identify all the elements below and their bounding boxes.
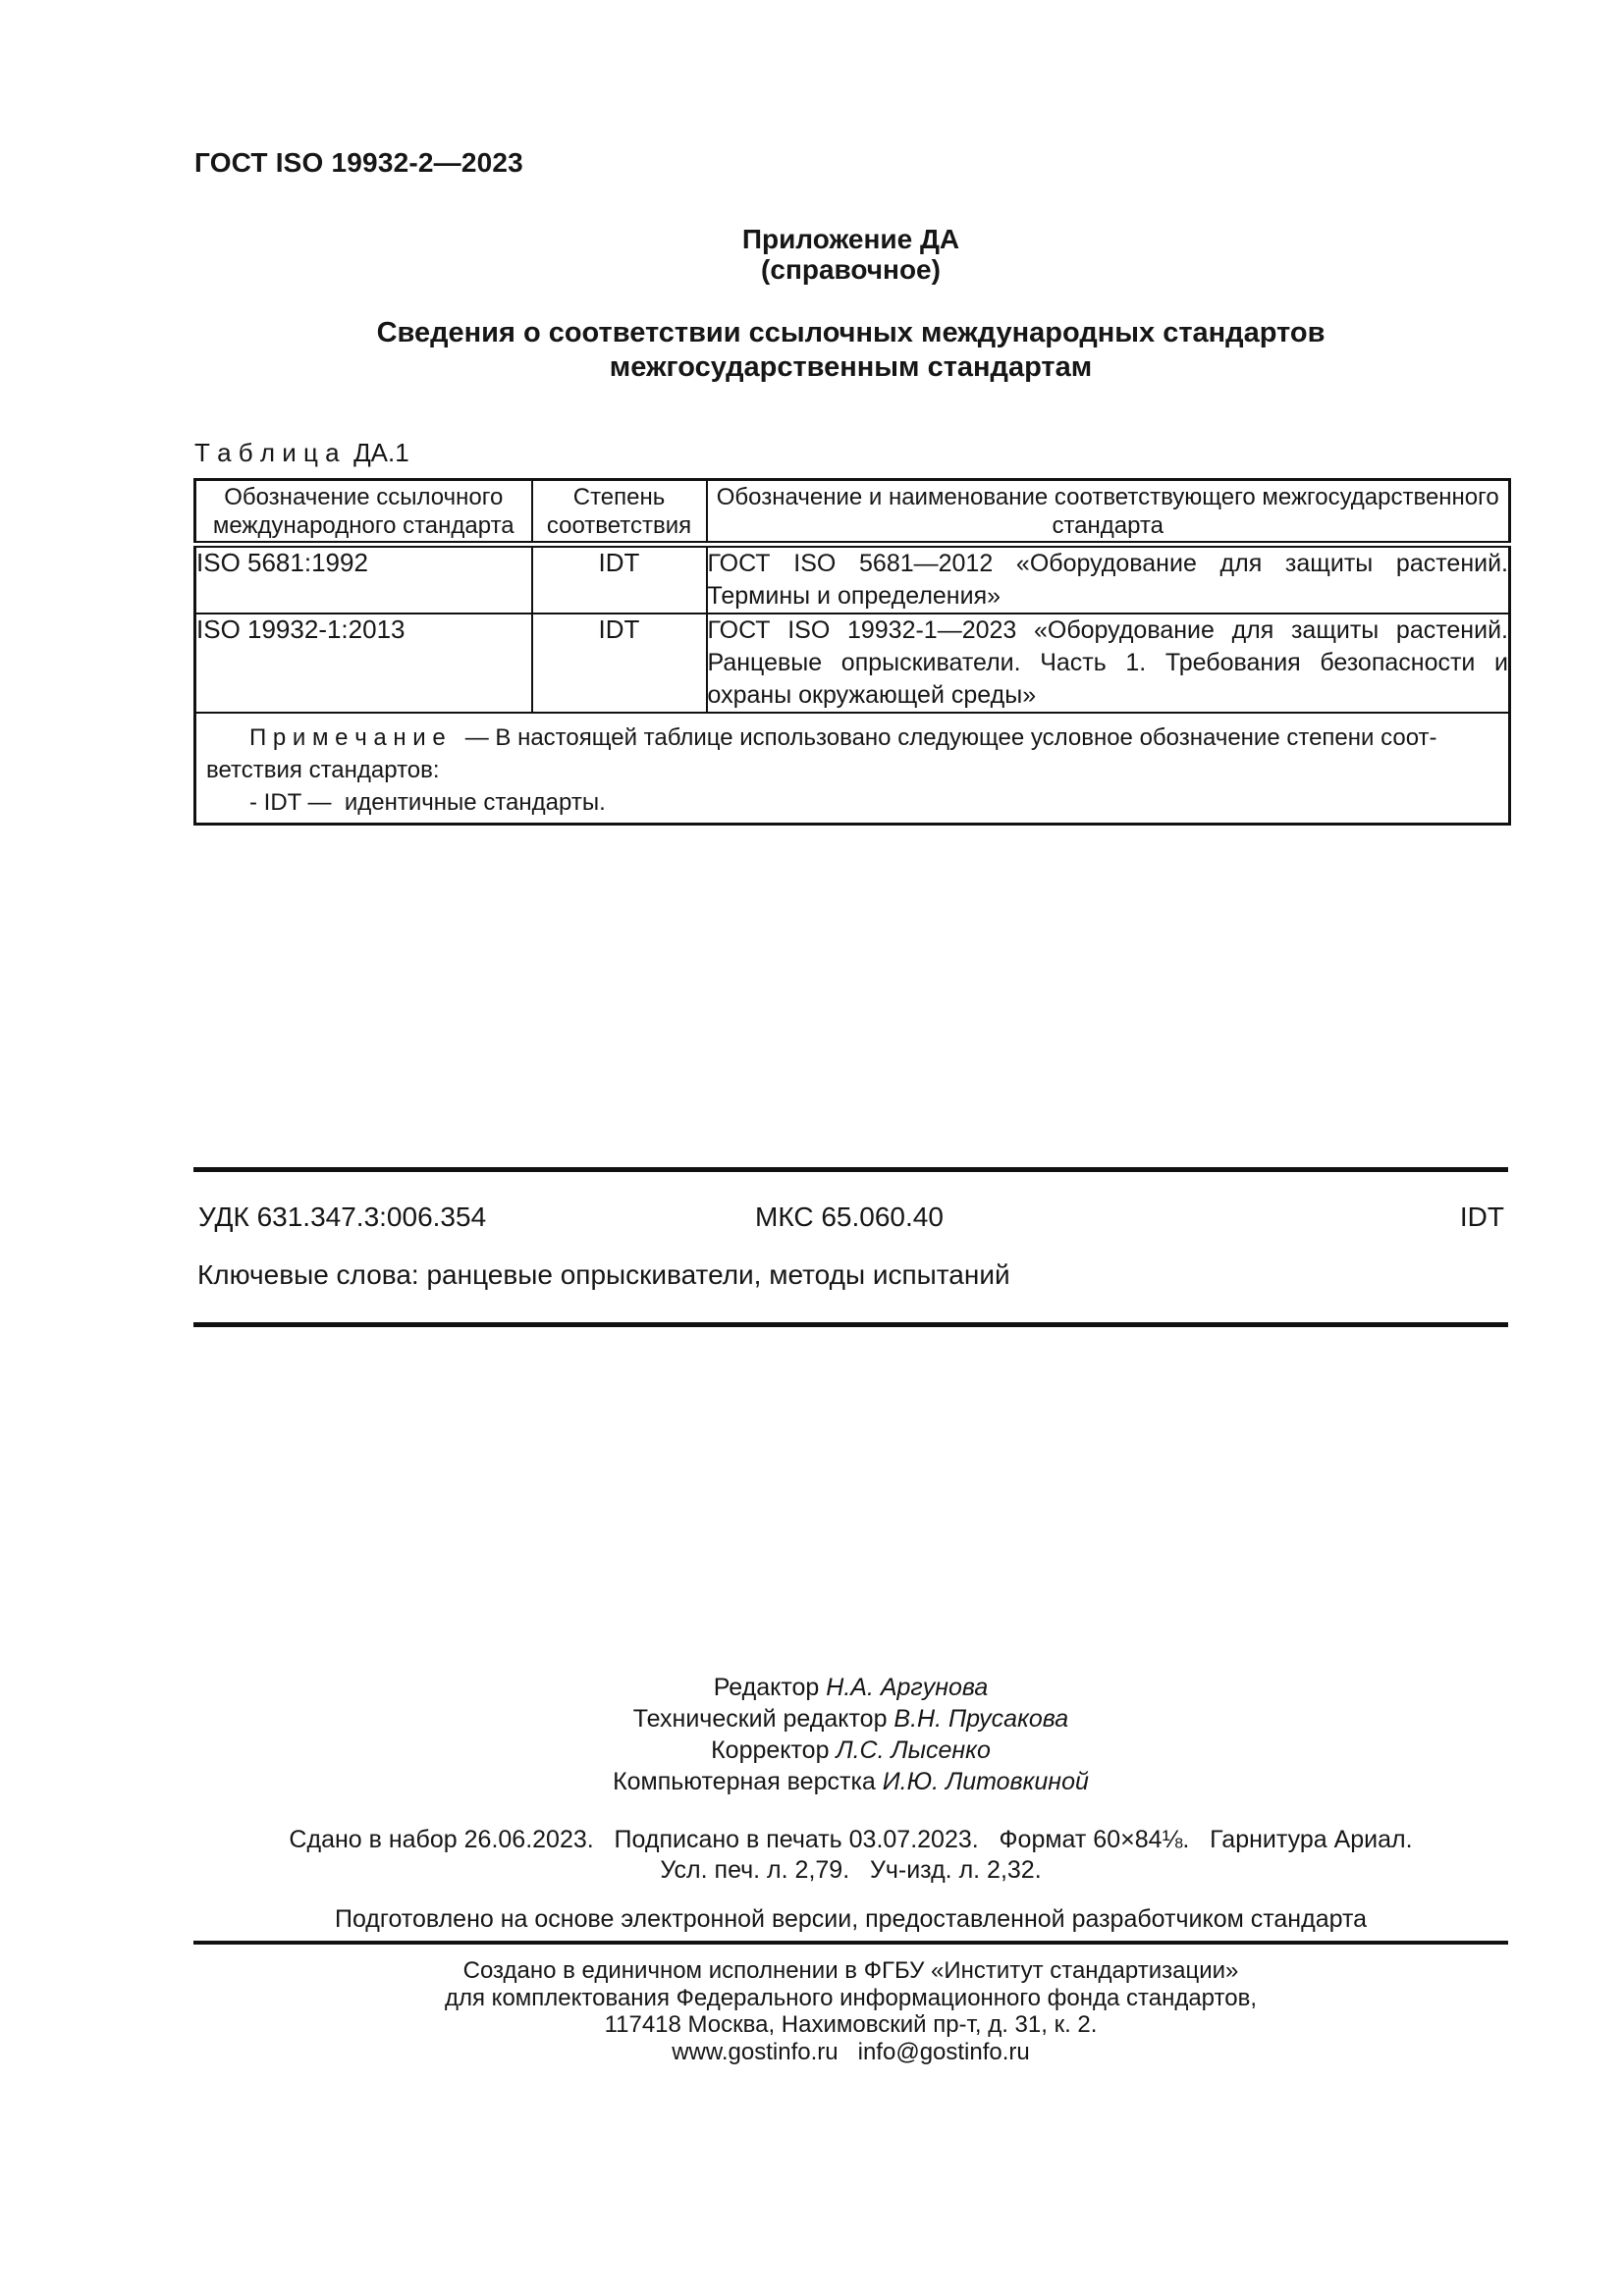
header-line: соответствия: [533, 511, 706, 540]
appendix-heading: Приложение ДА (справочное): [193, 224, 1508, 285]
cell-text-line: Ранцевые опрыскиватели. Часть 1. Требова…: [708, 647, 1509, 679]
idt-label: IDT: [1460, 1201, 1504, 1233]
header-line: Обозначение ссылочного: [196, 483, 531, 511]
cell-degree: IDT: [532, 614, 707, 713]
header-line: стандарта: [708, 511, 1509, 540]
cell-text-line: ГОСТ ISO 19932-1—2023 «Оборудование для …: [708, 614, 1509, 647]
colophon-line: Сдано в набор 26.06.2023. Подписано в пе…: [193, 1826, 1508, 1854]
appendix-title: Приложение ДА: [193, 224, 1508, 254]
credits-block: Редактор Н.А. Аргунова Технический редак…: [193, 1672, 1508, 1797]
horizontal-rule: [193, 1322, 1508, 1327]
section-title-line: Сведения о соответствии ссылочных междун…: [193, 316, 1508, 350]
table-note-row: П р и м е ч а н и е — В настоящей таблиц…: [195, 713, 1510, 825]
note-line: ветствия стандартов:: [206, 754, 1498, 786]
credit-name: И.Ю. Литовкиной: [883, 1768, 1089, 1795]
footer-line: www.gostinfo.ru info@gostinfo.ru: [193, 2039, 1508, 2066]
classification-row: УДК 631.347.3:006.354 МКС 65.060.40 IDT: [193, 1201, 1508, 1237]
cell-text-line: охраны окружающей среды»: [708, 679, 1509, 712]
horizontal-rule: [193, 1167, 1508, 1172]
footer-line: Создано в единичном исполнении в ФГБУ «И…: [193, 1957, 1508, 1985]
credit-line: Редактор Н.А. Аргунова: [193, 1672, 1508, 1703]
document-page: ГОСТ ISO 19932-2—2023 Приложение ДА (спр…: [0, 0, 1624, 2296]
cell-gost-standard: ГОСТ ISO 5681—2012 «Оборудование для защ…: [707, 545, 1510, 614]
credit-name: В.Н. Прусакова: [893, 1705, 1068, 1733]
credit-line: Корректор Л.С. Лысенко: [193, 1735, 1508, 1766]
cell-text-line: Термины и определения»: [708, 580, 1509, 613]
correspondence-table: Обозначение ссылочного международного ст…: [193, 478, 1511, 826]
table-header-row: Обозначение ссылочного международного ст…: [195, 480, 1510, 545]
footer-line: для комплектования Федерального информац…: [193, 1985, 1508, 2012]
publisher-footer: Создано в единичном исполнении в ФГБУ «И…: [193, 1957, 1508, 2065]
credit-role: Редактор: [714, 1674, 827, 1701]
credit-role: Компьютерная верстка: [613, 1768, 883, 1795]
table-caption: Т а б л и ц а ДА.1: [194, 438, 409, 468]
udk-code: УДК 631.347.3:006.354: [198, 1201, 486, 1233]
horizontal-rule: [193, 1941, 1508, 1945]
cell-text-line: ГОСТ ISO 5681—2012 «Оборудование для защ…: [708, 548, 1509, 580]
credit-name: Л.С. Лысенко: [836, 1736, 990, 1764]
note-line: - IDT — идентичные стандарты.: [206, 786, 1498, 819]
header-cell-gost-standard: Обозначение и наименование соответствующ…: [707, 480, 1510, 545]
colophon-line: Усл. печ. л. 2,79. Уч-изд. л. 2,32.: [193, 1856, 1508, 1885]
table-row: ISO 19932-1:2013 IDT ГОСТ ISO 19932-1—20…: [195, 614, 1510, 713]
credit-line: Компьютерная верстка И.Ю. Литовкиной: [193, 1766, 1508, 1797]
cell-reference-standard: ISO 19932-1:2013: [195, 614, 532, 713]
header-cell-degree: Степень соответствия: [532, 480, 707, 545]
cell-degree: IDT: [532, 545, 707, 614]
header-cell-reference-standard: Обозначение ссылочного международного ст…: [195, 480, 532, 545]
cell-reference-standard: ISO 5681:1992: [195, 545, 532, 614]
section-title-line: межгосударственным стандартам: [193, 350, 1508, 385]
cell-gost-standard: ГОСТ ISO 19932-1—2023 «Оборудование для …: [707, 614, 1510, 713]
note-line: П р и м е ч а н и е — В настоящей таблиц…: [206, 721, 1498, 754]
appendix-subtitle: (справочное): [193, 254, 1508, 285]
colophon-line: Подготовлено на основе электронной верси…: [193, 1905, 1508, 1934]
mks-code: МКС 65.060.40: [755, 1201, 944, 1233]
header-line: Обозначение и наименование соответствующ…: [708, 483, 1509, 511]
credit-line: Технический редактор В.Н. Прусакова: [193, 1703, 1508, 1735]
table-note: П р и м е ч а н и е — В настоящей таблиц…: [195, 713, 1510, 825]
doc-designation-header: ГОСТ ISO 19932-2—2023: [194, 147, 523, 179]
credit-role: Корректор: [711, 1736, 836, 1764]
header-line: международного стандарта: [196, 511, 531, 540]
header-line: Степень: [533, 483, 706, 511]
keywords-line: Ключевые слова: ранцевые опрыскиватели, …: [197, 1259, 1010, 1291]
credit-role: Технический редактор: [633, 1705, 894, 1733]
table-row: ISO 5681:1992 IDT ГОСТ ISO 5681—2012 «Об…: [195, 545, 1510, 614]
footer-line: 117418 Москва, Нахимовский пр-т, д. 31, …: [193, 2011, 1508, 2039]
section-title: Сведения о соответствии ссылочных междун…: [193, 316, 1508, 385]
credit-name: Н.А. Аргунова: [826, 1674, 988, 1701]
